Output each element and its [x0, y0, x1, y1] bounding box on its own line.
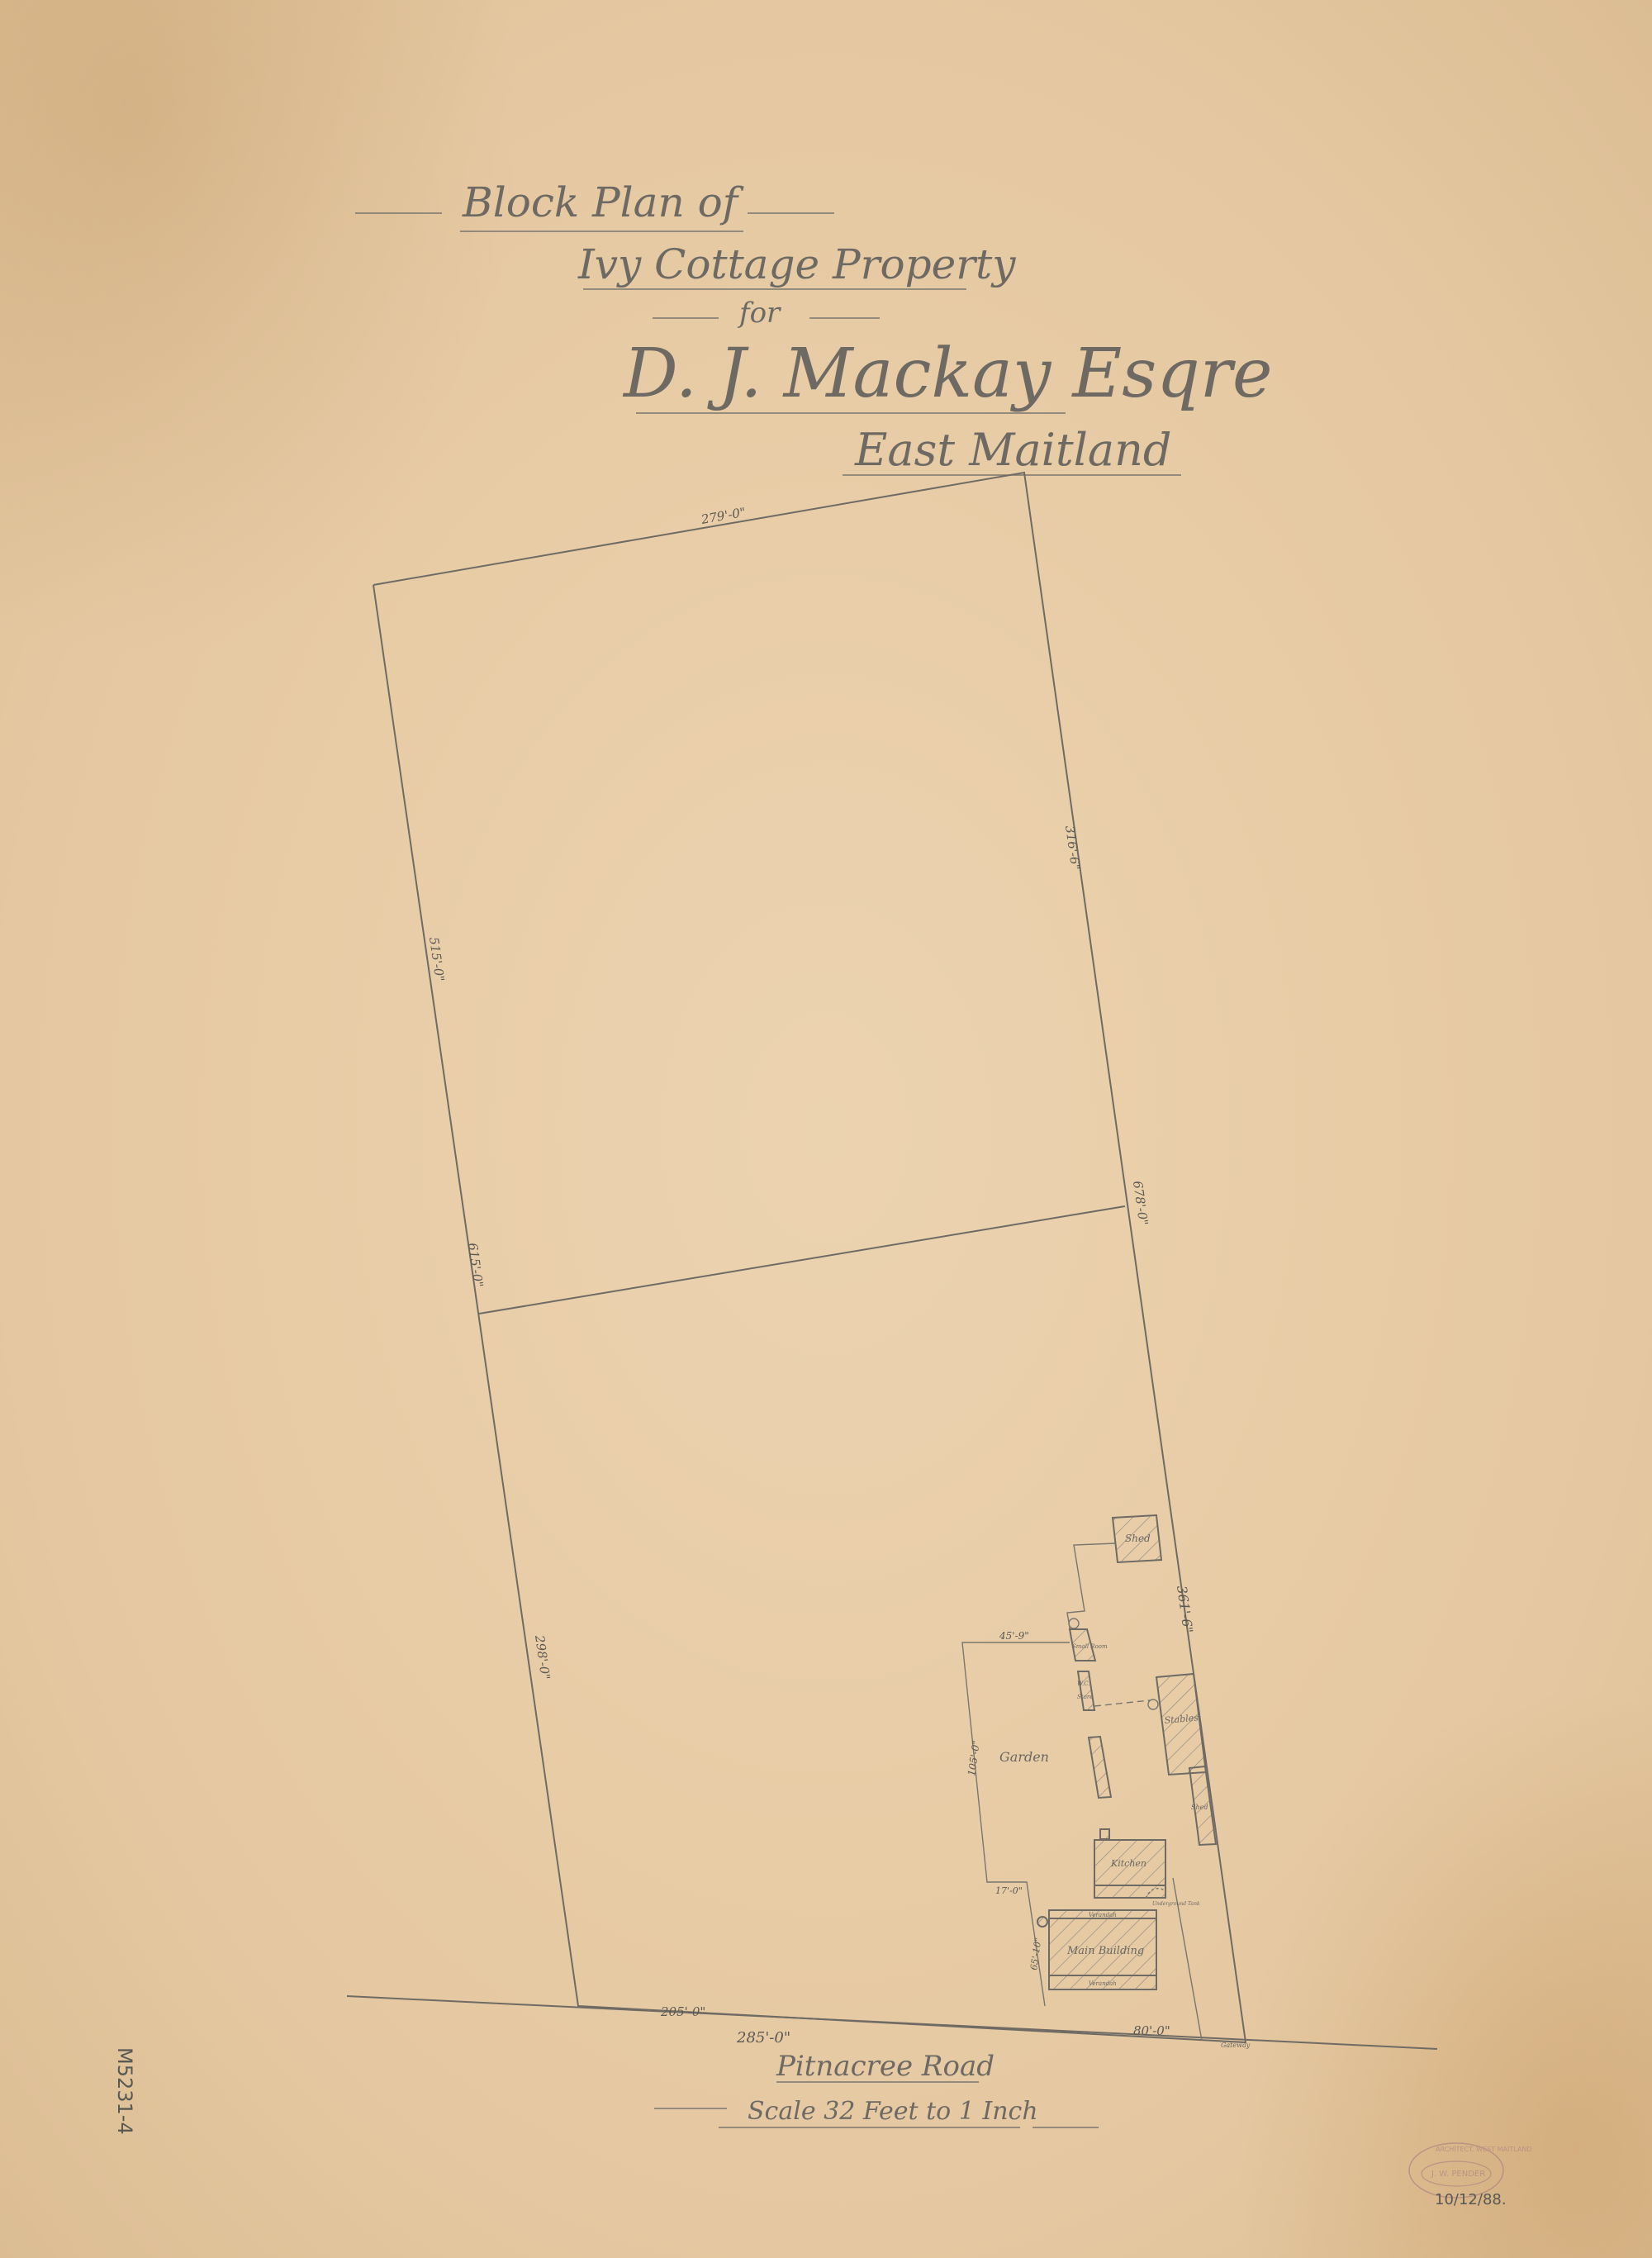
dim-garden-left: 105'-0" [966, 1739, 982, 1776]
dim-garden-bottom: 17'-0" [995, 1885, 1023, 1896]
stamp-date: 10/12/88. [1435, 2191, 1507, 2208]
title-line-3: for [737, 297, 781, 330]
dim-road-total: 285'-0" [736, 2029, 790, 2046]
yard-fence [1067, 1543, 1115, 1642]
dimension-labels: 279'-0" 515'-0" 615'-0" 298'-0" 316'-6" … [426, 505, 1196, 2046]
dim-left-lower: 298'-0" [532, 1633, 553, 1680]
shed-right-label: Shed [1191, 1804, 1208, 1811]
stamp-arc-text: ARCHITECT. WEST MAITLAND [1436, 2146, 1532, 2153]
dim-garden-top: 45'-9" [999, 1630, 1029, 1642]
subdivision-line [479, 1206, 1125, 1314]
title-line-4: D. J. Mackay Esqre [622, 335, 1273, 413]
kitchen [1094, 1840, 1165, 1898]
garden-label: Garden [999, 1749, 1049, 1765]
road-frontage-line [347, 1996, 1437, 2049]
dim-road-right: 80'-0" [1133, 2023, 1170, 2038]
survey-sheet: Block Plan of Ivy Cottage Property for D… [0, 0, 1652, 2258]
scale-label: Scale 32 Feet to 1 Inch [748, 2097, 1038, 2126]
shed-top-label: Shed [1125, 1533, 1151, 1544]
dim-right-lower: 361'-6" [1174, 1585, 1196, 1634]
underground-tank-label: Underground Tank [1152, 1901, 1200, 1907]
dim-right-upper: 316'-6" [1062, 825, 1083, 871]
architect-stamp: ARCHITECT. WEST MAITLAND J. W. PENDER [1409, 2143, 1532, 2198]
dim-right-middle: 678'-0" [1130, 1180, 1151, 1226]
title-block: Block Plan of Ivy Cottage Property for D… [355, 178, 1273, 476]
well-icon [1069, 1619, 1079, 1628]
road-name: Pitnacree Road [776, 2050, 995, 2083]
outbuilding-small [1100, 1829, 1109, 1839]
title-line-1: Block Plan of [462, 178, 744, 226]
stamp-name: J. W. PENDER [1431, 2170, 1485, 2179]
tank-circle-icon [1037, 1917, 1047, 1927]
title-line-5: East Maitland [854, 424, 1171, 476]
buildings: Shed Small Room W.C. Store Stables Shed … [1037, 1515, 1251, 2049]
wc-store [1078, 1671, 1094, 1710]
dim-road-left: 205'-0" [660, 2004, 705, 2019]
property-boundary [347, 473, 1437, 2049]
drain-line [1094, 1700, 1150, 1706]
dim-garden-side: 65'-10" [1028, 1937, 1043, 1970]
road-caption: Pitnacree Road Scale 32 Feet to 1 Inch [654, 2050, 1099, 2127]
gateway-label: Gateway [1221, 2042, 1251, 2049]
tank-icon [1148, 1699, 1158, 1709]
verandah-bottom-label: Verandah [1089, 1980, 1117, 1987]
small-room-label: Small Room [1072, 1643, 1108, 1650]
block-plan-drawing: Block Plan of Ivy Cottage Property for D… [0, 0, 1652, 2258]
wc-label: W.C. [1077, 1680, 1090, 1687]
outbuilding [1089, 1737, 1111, 1798]
store-label: Store [1077, 1694, 1093, 1700]
dim-left-middle: 615'-0" [465, 1242, 486, 1288]
title-line-2: Ivy Cottage Property [577, 240, 1016, 288]
kitchen-label: Kitchen [1110, 1858, 1146, 1869]
main-building-label: Main Building [1066, 1945, 1144, 1957]
catalogue-number: M5231-4 [113, 2047, 136, 2135]
verandah-top-label: Verandah [1089, 1912, 1117, 1918]
